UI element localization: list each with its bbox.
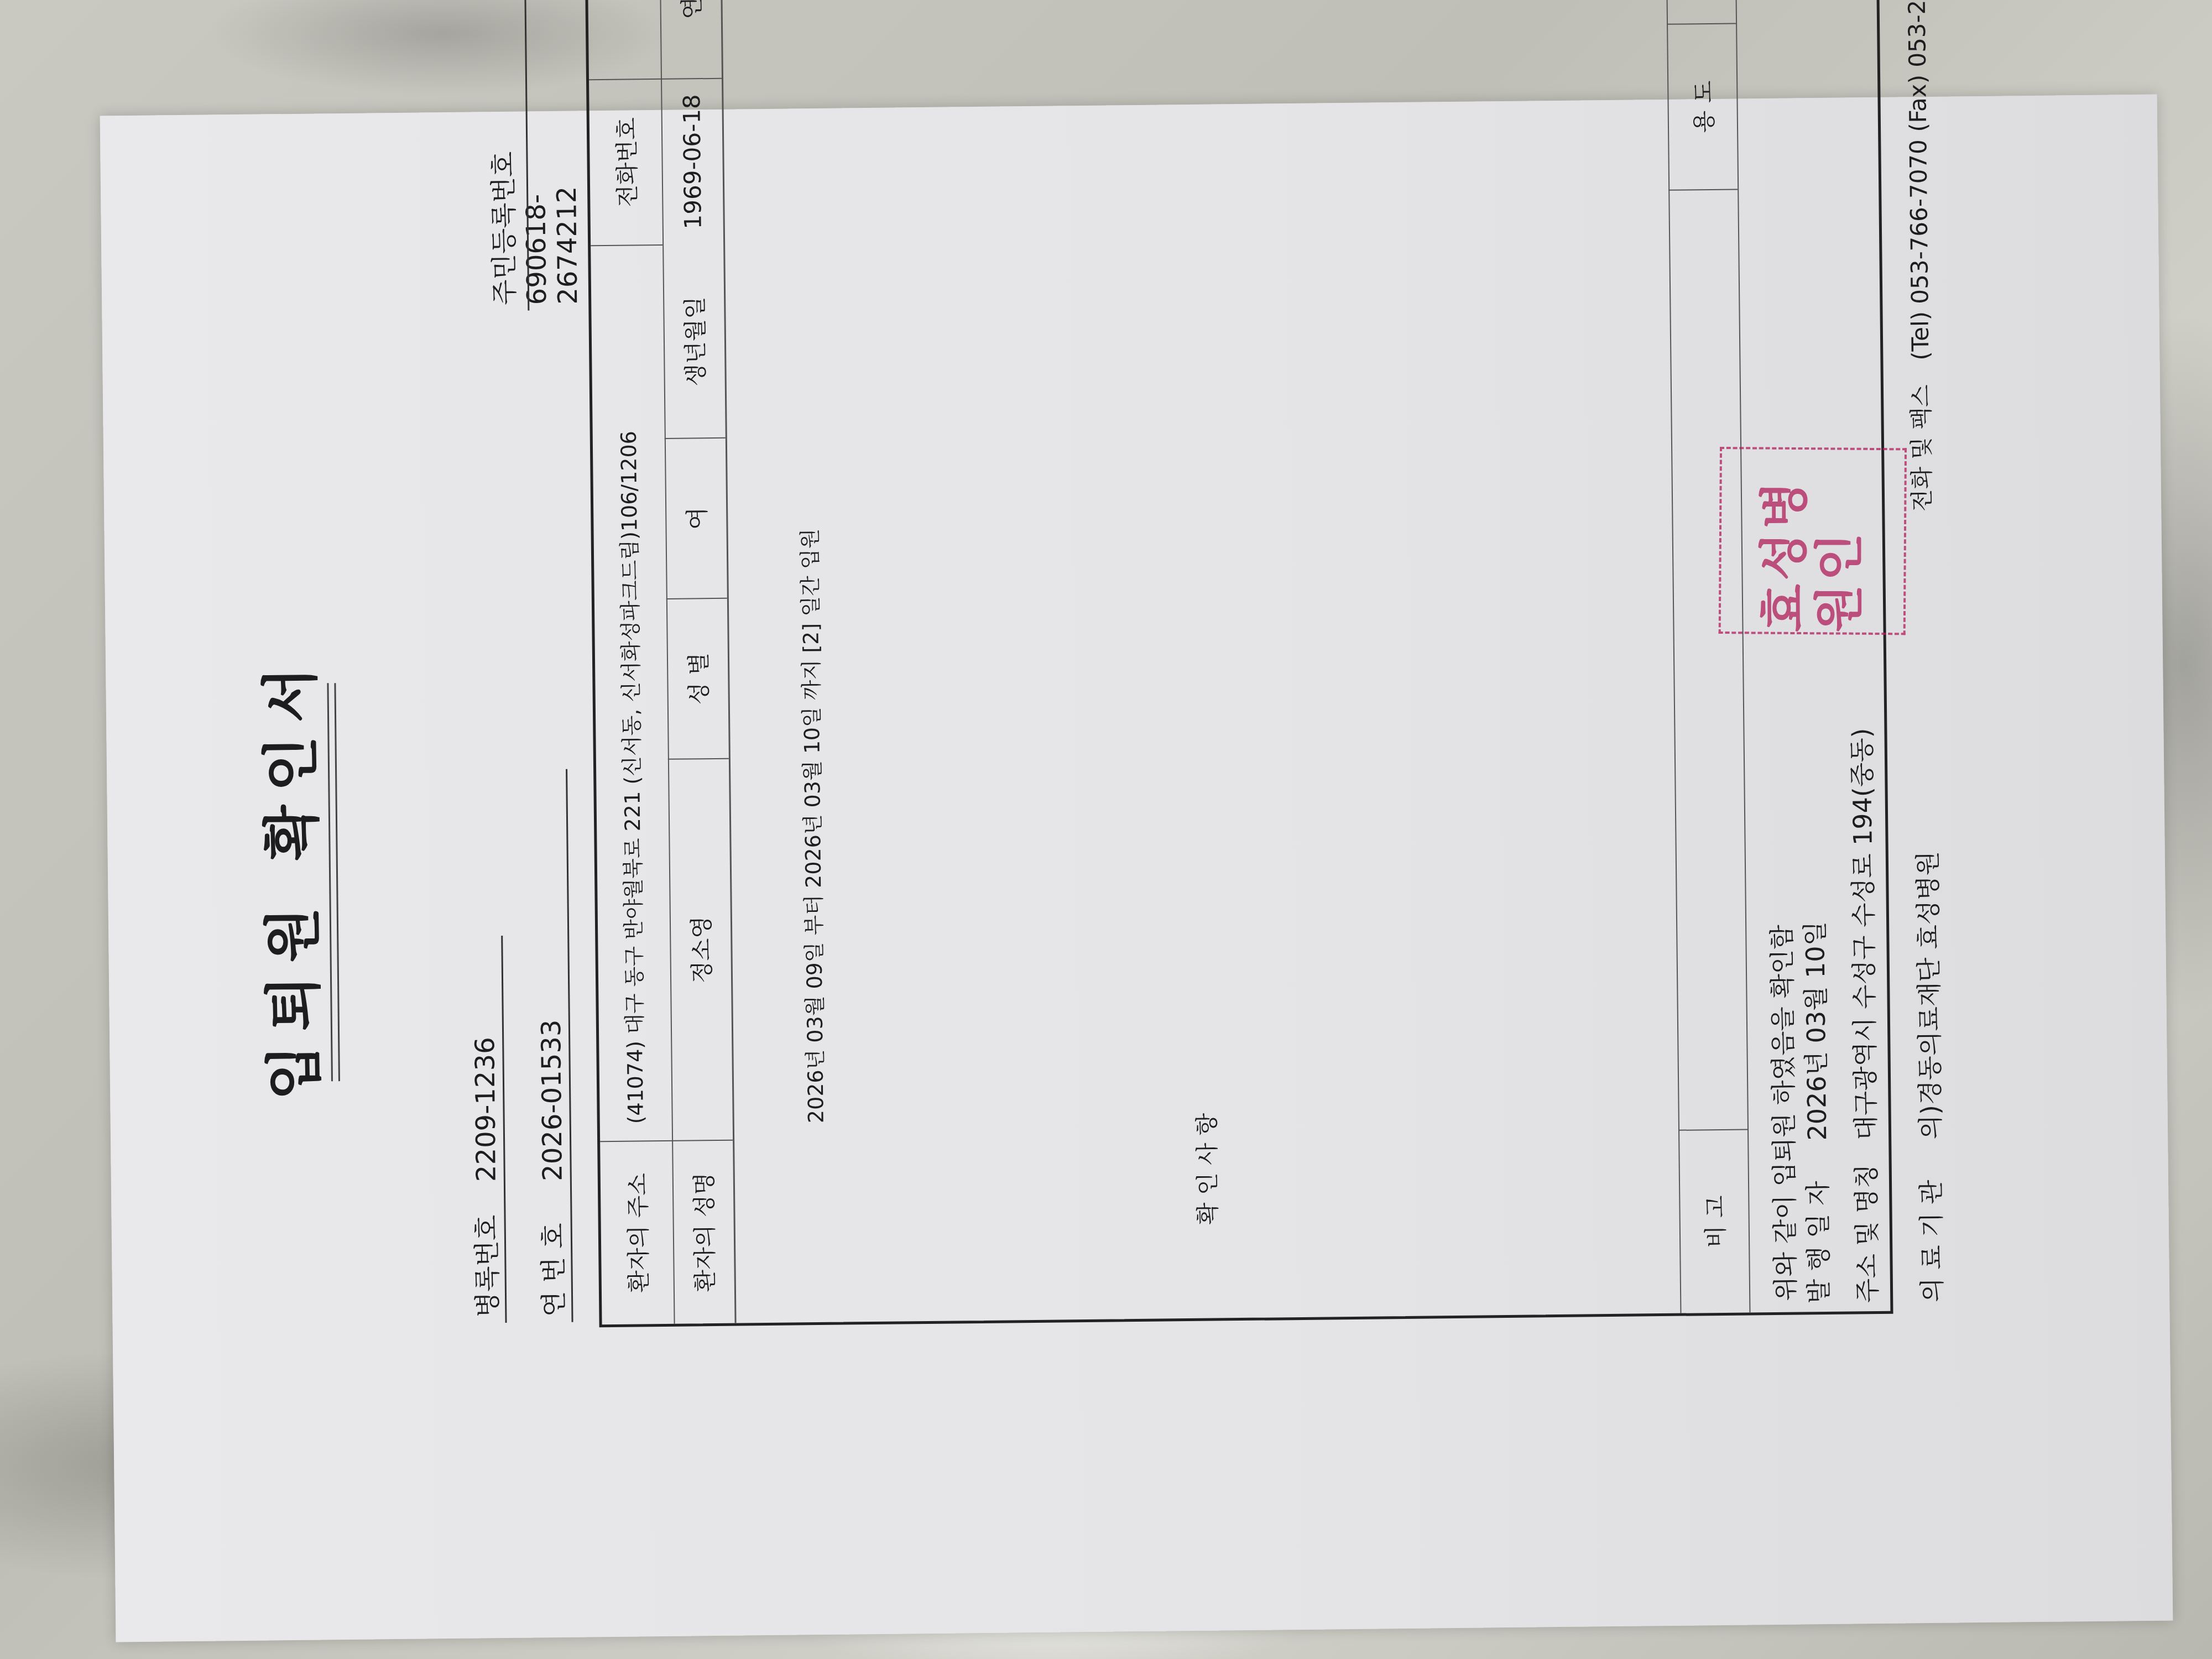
document-page: 입퇴원 확인서 병록번호 2209-1236 연 번 호 2026-01533 … <box>100 95 2173 1642</box>
chart-number: 병록번호 2209-1236 <box>463 1037 504 1318</box>
name-value: 정소영 <box>668 759 733 1140</box>
birth-label: 생년월일 <box>662 245 726 438</box>
resident-number: 주민등록번호 690618-2674212 <box>482 111 584 305</box>
age-label: 연 령 <box>659 0 722 79</box>
phone-value: 010-2713-0623 <box>585 0 661 79</box>
form-table: 환자의 주소 (41074) 대구 동구 반야월북로 221 (신서동, 신서화… <box>582 0 1893 1327</box>
institution-row: 의 료 기 관 의)경동의료재단 효성병원 <box>1908 851 1949 1303</box>
purpose-value: 개인 보관용 <box>1663 0 1736 24</box>
statement: 위와 같이 입퇴원 하였음을 확인함 <box>1762 925 1802 1301</box>
address-label: 환자의 주소 <box>600 1141 674 1324</box>
sex-label: 성 별 <box>666 599 729 759</box>
page-title: 입퇴원 확인서 <box>238 113 337 1640</box>
hospital-seal: 효성병원인 <box>1719 447 1907 635</box>
contact-row: 전화 및 팩스 (Tel) 053-766-7070 (Fax) 053-217… <box>1898 0 1938 512</box>
birth-value: 1969-06-18 <box>661 79 723 244</box>
name-label: 환자의 성명 <box>672 1141 734 1324</box>
serial-number: 연 번 호 2026-01533 <box>530 1019 571 1317</box>
remarks-label: 비 고 <box>1678 1130 1749 1313</box>
remarks-value <box>1668 190 1747 1130</box>
sex-value: 여 <box>665 439 727 598</box>
address-value: (41074) 대구 동구 반야월북로 221 (신서동, 신서화성파크드림)1… <box>591 250 672 1141</box>
confirmation-label: 확 인 사 항 <box>732 1015 1681 1323</box>
purpose-label: 용 도 <box>1667 24 1738 190</box>
confirmation-text: 2026년 03월 09일 부터 2026년 03월 10일 까지 [2] 일간… <box>793 529 830 1124</box>
phone-label: 전화번호 <box>589 80 662 245</box>
